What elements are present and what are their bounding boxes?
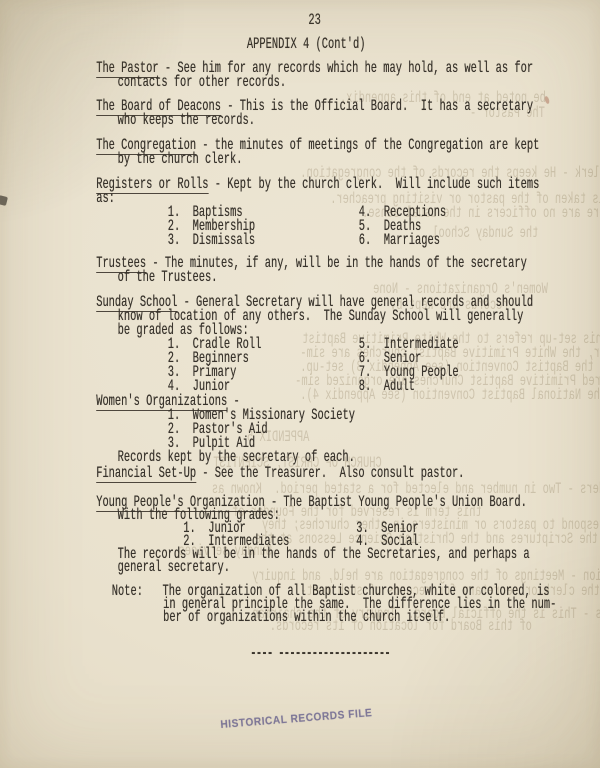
text-line: 3. Primary7. Young People	[0, 365, 600, 379]
section-young-peoples-organization: Young People's Organization - The Baptis…	[0, 496, 600, 574]
underlined-heading: Financial Set-Up	[96, 464, 196, 483]
text-segment: - See the Treasurer. Also consult pastor…	[196, 464, 464, 482]
section-the-congregation: The Congregation - the minutes of meetin…	[0, 138, 600, 166]
text-line: The records will be in the hands of the …	[0, 548, 600, 561]
text-line: Young People's Organization - The Baptis…	[0, 496, 600, 509]
section-the-pastor: The Pastor - See him for any records whi…	[0, 61, 600, 89]
text-line: The Board of Deacons - This is the Offic…	[0, 99, 600, 113]
text-line: as:	[0, 191, 600, 205]
text-segment: 3. Dismissals	[168, 233, 359, 247]
text-segment: 4. Junior	[168, 379, 359, 393]
text-line: 2. Beginners6. Senior	[0, 351, 600, 365]
text-line: be graded as follows:	[0, 323, 600, 337]
section-sunday-school: Sunday School - General Secretary will h…	[0, 295, 600, 393]
text-segment: general secretary.	[118, 558, 230, 576]
text-line: 1. Baptisms4. Receptions	[0, 205, 600, 219]
text-line: The Congregation - the minutes of meetin…	[0, 138, 600, 152]
page-number: 23	[14, 13, 600, 27]
section-womens-organizations: Women's Organizations -1. Women's Missio…	[0, 394, 600, 464]
text-segment: by the church clerk.	[118, 150, 243, 168]
typewritten-text-layer: be noted at end of this appendix.The Pas…	[0, 0, 600, 768]
text-line: 2. Membership5. Deaths	[0, 219, 600, 233]
text-line: 2. Pastor's Aid	[0, 422, 600, 436]
text-segment: 8. Adult	[359, 377, 415, 395]
section-trustees: Trustees - The minutes, if any, will be …	[0, 256, 600, 284]
section-board-of-deacons: The Board of Deacons - This is the Offic…	[0, 99, 600, 127]
document-page: be noted at end of this appendix.The Pas…	[0, 0, 600, 768]
text-segment: ber of organizations within the church i…	[163, 608, 450, 626]
text-segment: Note:	[112, 585, 163, 598]
section-registers-or-rolls: Registers or Rolls - Kept by the church …	[0, 177, 600, 247]
text-line: The Pastor - See him for any records whi…	[0, 61, 600, 75]
text-line: 3. Dismissals6. Marriages	[0, 233, 600, 247]
text-line: contacts for other records.	[0, 75, 600, 89]
typed-divider-line: ---- --------------------	[250, 646, 390, 660]
text-segment: who keeps the records.	[118, 111, 255, 129]
text-line: know of location of any others. The Sund…	[0, 309, 600, 323]
text-line: of the Trustees.	[0, 270, 600, 284]
text-segment: - the minutes of meetings of the Congreg…	[196, 136, 539, 154]
text-segment: contacts for other records.	[118, 73, 287, 91]
text-line: 4. Junior8. Adult	[0, 379, 600, 393]
text-line: 1. Women's Missionary Society	[0, 408, 600, 422]
text-line: Trustees - The minutes, if any, will be …	[0, 256, 600, 270]
text-line: 1. Junior3. Senior	[0, 522, 600, 535]
text-line: Registers or Rolls - Kept by the church …	[0, 177, 600, 191]
page-title: APPENDIX 4 (Cont'd)	[6, 37, 600, 51]
text-line: who keeps the records.	[0, 113, 600, 127]
text-segment: - This is the Official Board. It has a s…	[221, 97, 533, 115]
text-segment: as:	[96, 189, 115, 207]
text-segment: - Kept by the church clerk. Will include…	[209, 175, 540, 193]
text-segment: 6. Marriages	[359, 231, 440, 249]
text-segment: of the Trustees.	[118, 268, 218, 286]
section-financial-set-up: Financial Set-Up - See the Treasurer. Al…	[0, 466, 600, 480]
text-segment: - The Baptist Young People's Union Board…	[265, 493, 527, 511]
text-line: by the church clerk.	[0, 152, 600, 166]
text-line: Records kept by the secretary of each.	[0, 450, 600, 464]
text-line: 1. Cradle Roll5. Intermediate	[0, 337, 600, 351]
text-line: Financial Set-Up - See the Treasurer. Al…	[0, 466, 600, 480]
section-note: Note:The organization of all Baptist chu…	[0, 585, 600, 624]
